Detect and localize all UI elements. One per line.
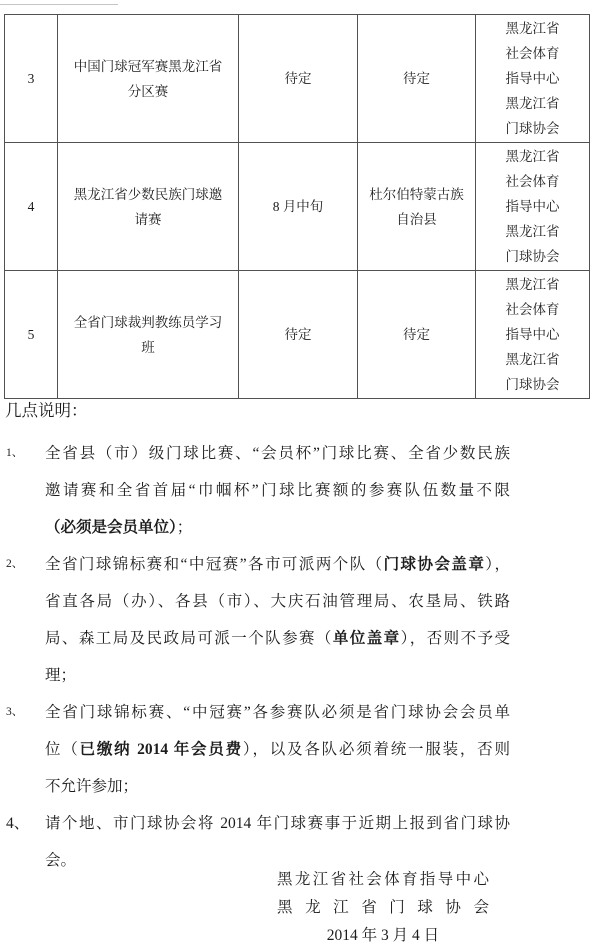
note-item: 3、全省门球锦标赛、“中冠赛”各参赛队必须是省门球协会会员单位（已缴纳 2014… [0,694,510,805]
note-text: 理； [45,667,76,684]
note-line: 理； [45,657,510,694]
cell-num: 5 [5,271,58,399]
cell-line: 4 [7,194,55,219]
signature-date: 2014 年 3 月 4 日 [277,922,489,950]
cell-line: 社会体育 [478,169,587,194]
note-text: ），以及各队必须着统一服装，否则 [243,741,510,758]
cell-line: 5 [7,322,55,347]
cell-line: 门球协会 [478,372,587,397]
note-line: 请个地、市门球协会将 2014 年门球赛事于近期上报到省门球协 [45,805,510,842]
cell-line: 杜尔伯特蒙古族 [360,182,473,207]
note-text: 位（ [45,741,80,758]
note-item: 2、全省门球锦标赛和“中冠赛”各市可派两个队（门球协会盖章），省直各局（办）、各… [0,546,510,694]
cell-line: 全省门球裁判教练员学习 [60,310,236,335]
note-text-bold: （必须是会员单位） [45,519,177,536]
cell-organizer: 黑龙江省社会体育指导中心黑龙江省门球协会 [476,143,590,271]
cell-line: 待定 [241,66,355,91]
note-text: 局、森工局及民政局可派一个队参赛（ [45,630,333,647]
cell-location: 杜尔伯特蒙古族自治县 [358,143,476,271]
note-text: 省直各局（办）、各县（市）、大庆石油管理局、农垦局、铁路 [45,593,510,610]
cell-line: 社会体育 [478,41,587,66]
cell-line: 黑龙江省少数民族门球邀 [60,182,236,207]
cell-event: 全省门球裁判教练员学习班 [58,271,239,399]
cell-line: 待定 [241,322,355,347]
cell-num: 4 [5,143,58,271]
note-line: 邀请赛和全省首届“巾帼杯”门球比赛额的参赛队伍数量不限 [45,472,510,509]
note-line: 全省县（市）级门球比赛、“会员杯”门球比赛、全省少数民族 [45,435,510,472]
note-text: 不允许参加； [45,778,138,795]
cell-line: 待定 [360,66,473,91]
note-line: 不允许参加； [45,768,510,805]
note-text: 全省县（市）级门球比赛、“会员杯”门球比赛、全省少数民族 [45,445,510,462]
schedule-table: 3中国门球冠军赛黑龙江省分区赛待定待定黑龙江省社会体育指导中心黑龙江省门球协会4… [4,14,590,399]
cell-line: 中国门球冠军赛黑龙江省 [60,54,236,79]
cell-line: 分区赛 [60,79,236,104]
notes-heading: 几点说明： [5,400,88,422]
cell-location: 待定 [358,15,476,143]
cell-line: 指导中心 [478,194,587,219]
note-text: ； [177,519,193,536]
note-item-number: 2、 [6,546,23,583]
scan-artifact-line [0,4,118,5]
cell-line: 自治县 [360,207,473,232]
note-text: 邀请赛和全省首届“巾帼杯”门球比赛额的参赛队伍数量不限 [45,482,510,499]
note-text-bold: 单位盖章 [333,630,401,647]
cell-organizer: 黑龙江省社会体育指导中心黑龙江省门球协会 [476,15,590,143]
note-text: 请个地、市门球协会将 2014 年门球赛事于近期上报到省门球协 [45,815,510,832]
note-item-number: 3、 [6,694,23,731]
signature-block: 黑龙江省社会体育指导中心 黑 龙 江 省 门 球 协 会 2014 年 3 月 … [277,866,489,950]
cell-line: 社会体育 [478,297,587,322]
note-line: （必须是会员单位）； [45,509,510,546]
note-text-bold: 已缴纳 2014 年会员费 [80,741,243,758]
note-text: ）， [485,556,510,573]
cell-line: 黑龙江省 [478,272,587,297]
cell-event: 中国门球冠军赛黑龙江省分区赛 [58,15,239,143]
table-row: 4黑龙江省少数民族门球邀请赛8 月中旬杜尔伯特蒙古族自治县黑龙江省社会体育指导中… [5,143,590,271]
cell-event: 黑龙江省少数民族门球邀请赛 [58,143,239,271]
note-line: 全省门球锦标赛、“中冠赛”各参赛队必须是省门球协会会员单 [45,694,510,731]
cell-line: 8 月中旬 [241,194,355,219]
note-text-bold: 门球协会盖章 [384,556,486,573]
cell-time: 待定 [239,15,358,143]
cell-line: 黑龙江省 [478,16,587,41]
cell-line: 待定 [360,322,473,347]
cell-line: 3 [7,66,55,91]
note-line: 全省门球锦标赛和“中冠赛”各市可派两个队（门球协会盖章）， [45,546,510,583]
note-text: 全省门球锦标赛和“中冠赛”各市可派两个队（ [45,556,384,573]
cell-line: 请赛 [60,207,236,232]
note-line: 省直各局（办）、各县（市）、大庆石油管理局、农垦局、铁路 [45,583,510,620]
cell-line: 门球协会 [478,116,587,141]
note-item-number: 4、 [6,805,29,842]
signature-org-2: 黑 龙 江 省 门 球 协 会 [277,894,489,922]
notes-list: 1、全省县（市）级门球比赛、“会员杯”门球比赛、全省少数民族邀请赛和全省首届“巾… [0,435,510,879]
cell-time: 待定 [239,271,358,399]
note-item-number: 1、 [6,435,23,472]
cell-time: 8 月中旬 [239,143,358,271]
schedule-table-body: 3中国门球冠军赛黑龙江省分区赛待定待定黑龙江省社会体育指导中心黑龙江省门球协会4… [5,15,590,399]
cell-location: 待定 [358,271,476,399]
cell-line: 门球协会 [478,244,587,269]
note-text: 全省门球锦标赛、“中冠赛”各参赛队必须是省门球协会会员单 [45,704,510,721]
cell-organizer: 黑龙江省社会体育指导中心黑龙江省门球协会 [476,271,590,399]
cell-line: 指导中心 [478,322,587,347]
note-text: 会。 [45,852,76,869]
note-line: 局、森工局及民政局可派一个队参赛（单位盖章），否则不予受 [45,620,510,657]
note-line: 位（已缴纳 2014 年会员费），以及各队必须着统一服装，否则 [45,731,510,768]
cell-line: 黑龙江省 [478,347,587,372]
cell-line: 黑龙江省 [478,91,587,116]
note-item: 1、全省县（市）级门球比赛、“会员杯”门球比赛、全省少数民族邀请赛和全省首届“巾… [0,435,510,546]
cell-num: 3 [5,15,58,143]
cell-line: 指导中心 [478,66,587,91]
signature-org-1: 黑龙江省社会体育指导中心 [277,866,489,894]
cell-line: 班 [60,335,236,360]
cell-line: 黑龙江省 [478,219,587,244]
note-text: ），否则不予受 [401,630,510,647]
table-row: 3中国门球冠军赛黑龙江省分区赛待定待定黑龙江省社会体育指导中心黑龙江省门球协会 [5,15,590,143]
table-row: 5全省门球裁判教练员学习班待定待定黑龙江省社会体育指导中心黑龙江省门球协会 [5,271,590,399]
cell-line: 黑龙江省 [478,144,587,169]
